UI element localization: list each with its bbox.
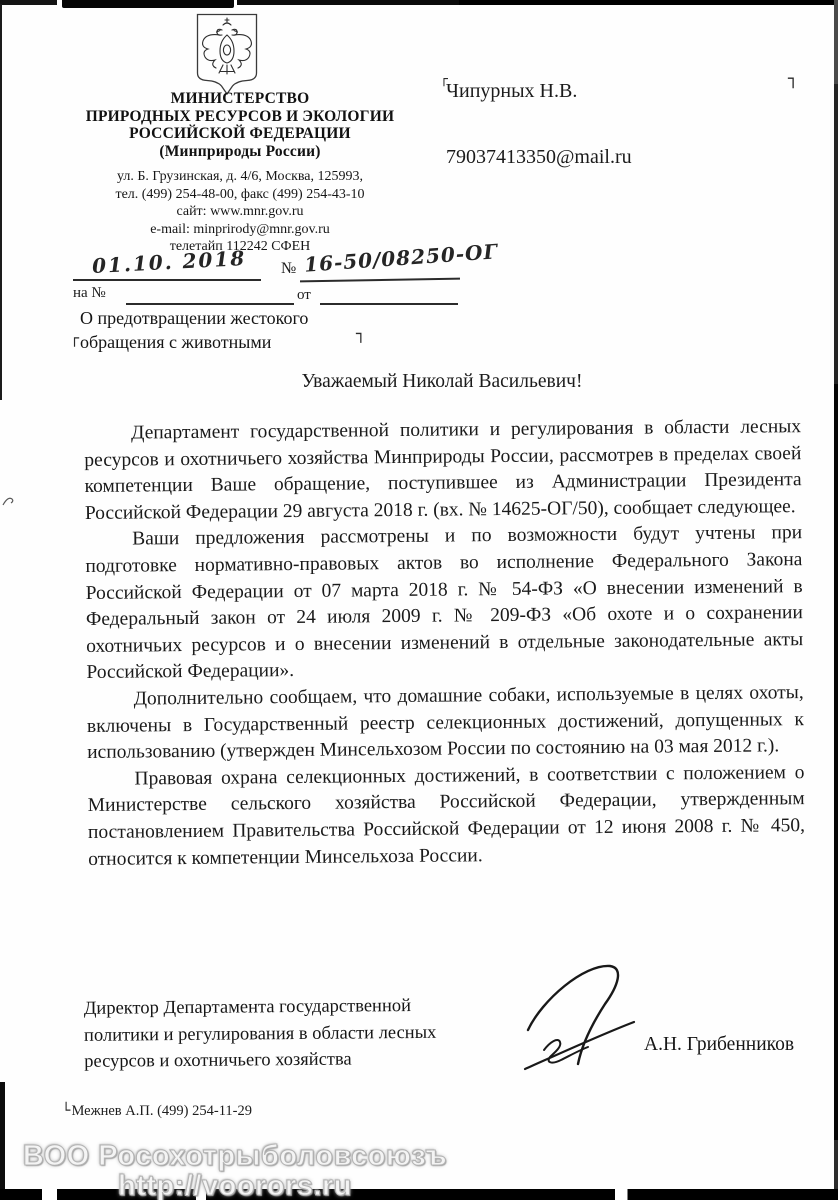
contact-line-site: сайт: www.mnr.gov.ru xyxy=(58,203,422,221)
signer-position-line: политики и регулирования в области лесны… xyxy=(84,1019,514,1049)
corner-mark-top-right: ┐ xyxy=(788,69,798,89)
signer-position-block: Директор Департамента государственной по… xyxy=(84,992,515,1075)
site-watermark: ВОО Росохотрыболовсоюзъ http://voorors.r… xyxy=(2,1141,468,1200)
watermark-url: http://voorors.ru xyxy=(2,1171,468,1200)
contact-line-address: ул. Б. Грузинская, д. 4/6, Москва, 12599… xyxy=(58,168,422,186)
recipient-name: Чипурных Н.В. xyxy=(446,80,577,103)
scanned-letter-page: МИНИСТЕРСТВО ПРИРОДНЫХ РЕСУРСОВ И ЭКОЛОГ… xyxy=(0,0,838,1200)
letter-body: Департамент государственной политики и р… xyxy=(84,414,805,873)
signer-position-line: ресурсов и охотничьего хозяйства xyxy=(84,1045,514,1075)
executor-contact: Межнев А.П. (499) 254-11-29 xyxy=(71,1103,252,1119)
signer-position-line: Директор Департамента государственной xyxy=(84,992,514,1022)
scan-artifact-stray-mark xyxy=(2,494,18,508)
watermark-org-name: ВОО Росохотрыболовсоюзъ xyxy=(2,1141,468,1171)
handwritten-signature-icon xyxy=(520,950,638,1072)
ministry-line: РОССИЙСКОЙ ФЕДЕРАЦИИ xyxy=(58,125,422,143)
signer-name: А.Н. Грибенников xyxy=(644,1034,794,1056)
body-paragraph: Ваши предложения рассмотрены и по возмож… xyxy=(85,520,803,686)
subject-line-1: О предотвращении жестокого xyxy=(80,306,380,330)
reply-to-label: на № xyxy=(73,285,106,302)
corner-mark-subject-right: ┐ xyxy=(356,324,366,343)
ministry-name-block: МИНИСТЕРСТВО ПРИРОДНЫХ РЕСУРСОВ И ЭКОЛОГ… xyxy=(58,90,422,160)
subject-block: О предотвращении жестокого обращения с ж… xyxy=(80,306,380,354)
date-blank-line xyxy=(73,279,261,281)
reply-from-label: от xyxy=(297,287,311,304)
ministry-line: ПРИРОДНЫХ РЕСУРСОВ И ЭКОЛОГИИ xyxy=(58,108,422,126)
ministry-line: МИНИСТЕРСТВО xyxy=(58,90,422,108)
body-paragraph: Дополнительно сообщаем, что домашние соб… xyxy=(87,680,805,767)
russia-coat-of-arms-icon xyxy=(196,13,258,101)
number-sign-label: № xyxy=(281,260,296,278)
contact-line-phone: тел. (499) 254-48-00, факс (499) 254-43-… xyxy=(58,186,422,204)
subject-line-2: обращения с животными xyxy=(80,330,380,354)
body-paragraph: Департамент государственной политики и р… xyxy=(84,414,802,527)
body-paragraph: Правовая охрана селекционных достижений,… xyxy=(87,760,805,873)
salutation: Уважаемый Николай Васильевич! xyxy=(84,371,800,393)
reply-number-blank-line xyxy=(126,303,294,305)
ministry-line: (Минприроды России) xyxy=(58,143,422,161)
corner-mark-subject-left: ┌ xyxy=(70,329,79,347)
scan-artifact-top-edge-thick xyxy=(62,0,234,8)
scan-artifact-right-edge xyxy=(834,0,838,1200)
executor-line: └Межнев А.П. (499) 254-11-29 xyxy=(62,1103,252,1120)
contact-line-email: e-mail: minprirody@mnr.gov.ru xyxy=(58,221,422,239)
scan-artifact-left-edge xyxy=(0,4,2,400)
number-blank-line xyxy=(300,278,460,283)
corner-mark-executor: └ xyxy=(62,1103,70,1119)
ministry-contact-block: ул. Б. Грузинская, д. 4/6, Москва, 12599… xyxy=(58,168,422,256)
recipient-email: 79037413350@mail.ru xyxy=(446,146,632,169)
reply-date-blank-line xyxy=(320,303,458,305)
